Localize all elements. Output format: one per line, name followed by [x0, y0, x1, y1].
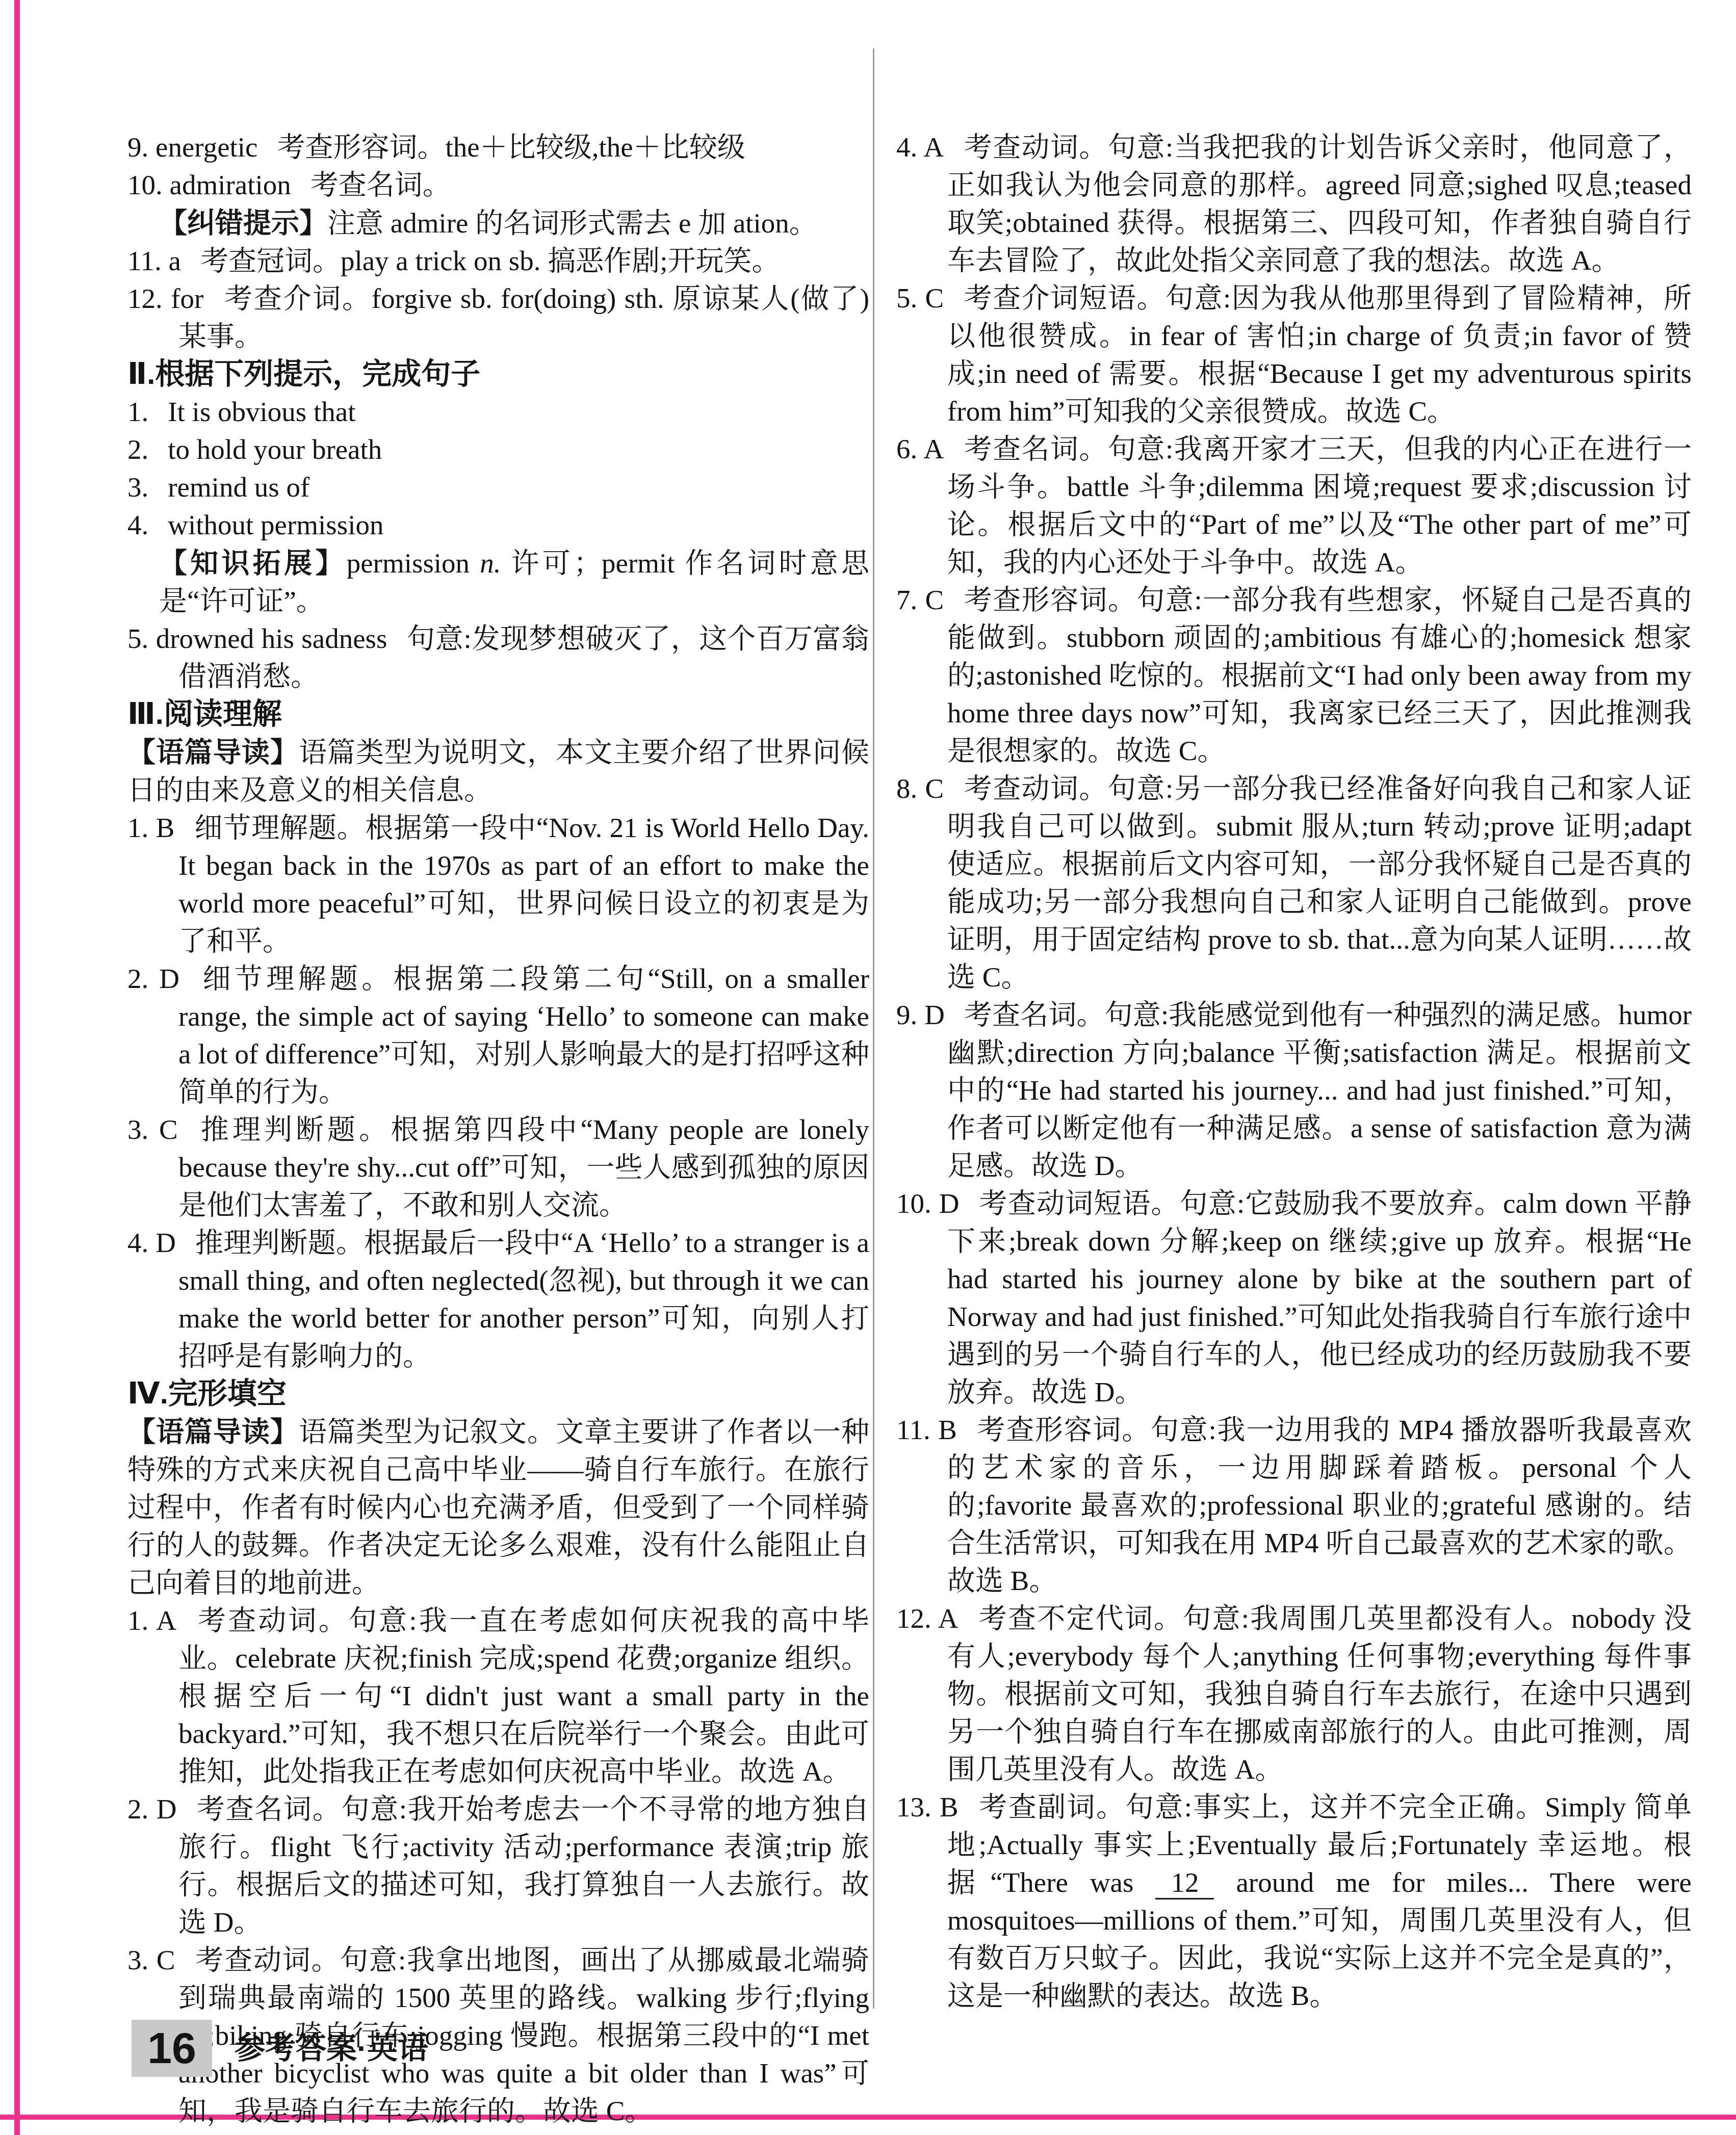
- item-text: 考查形容词。the＋比较级,the＋比较级: [277, 132, 745, 163]
- item-label: 2. D: [127, 963, 179, 994]
- part-of-speech: n.: [480, 548, 501, 579]
- knowledge-tip: 【知识拓展】permission n. 许可；permit 作名词时意思是“许可…: [159, 544, 869, 620]
- item-text: 考查冠词。play a trick on sb. 搞恶作剧;开玩笑。: [200, 245, 780, 276]
- item-label: 9. D: [896, 999, 945, 1030]
- item-label: 1. B: [127, 812, 175, 843]
- section-heading: Ⅱ.根据下列提示，完成句子: [127, 355, 869, 393]
- answer-item: 11. a考查冠词。play a trick on sb. 搞恶作剧;开玩笑。: [127, 242, 869, 280]
- answer-item: 4. A考查动词。句意:当我把我的计划告诉父亲时，他同意了，正如我认为他会同意的…: [896, 128, 1692, 279]
- tip-tag: 【知识拓展】: [159, 547, 347, 579]
- left-margin-rule: [14, 0, 20, 2135]
- item-label: 2. D: [127, 1793, 176, 1825]
- answer-item: 5. C考查介词短语。句意:因为我从他那里得到了冒险精神，所以他很赞成。in f…: [896, 279, 1692, 430]
- item-text: 细节理解题。根据第一段中“Nov. 21 is World Hello Day.…: [178, 812, 869, 956]
- answer-item: 2. D考查名词。句意:我开始考虑去一个不寻常的地方独自旅行。flight 飞行…: [127, 1790, 869, 1941]
- intro-tag: 【语篇导读】: [127, 736, 299, 768]
- item-text: 考查动词。句意:当我把我的计划告诉父亲时，他同意了，正如我认为他会同意的那样。a…: [947, 132, 1692, 276]
- intro-tag: 【语篇导读】: [127, 1416, 299, 1447]
- column-divider: [873, 48, 874, 2009]
- answer-item: 2. D细节理解题。根据第二段第二句“Still, on a smaller r…: [127, 960, 869, 1111]
- item-text: without permission: [168, 509, 383, 540]
- item-text: 考查形容词。句意:我一边用我的 MP4 播放器听我最喜欢的艺术家的音乐，一边用脚…: [947, 1414, 1692, 1596]
- section-heading: Ⅲ.阅读理解: [127, 695, 869, 733]
- section-heading: Ⅳ.完形填空: [127, 1375, 869, 1413]
- item-label: 4. D: [127, 1227, 176, 1258]
- item-label: 6. A: [896, 433, 944, 464]
- item-label: 4.: [127, 509, 148, 540]
- item-label: 1. A: [127, 1605, 176, 1636]
- answer-item: 12. A考查不定代词。句意:我周围几英里都没有人。nobody 没有人;eve…: [896, 1600, 1692, 1788]
- item-text: 考查名词。句意:我离开家才三天，但我的内心正在进行一场斗争。battle 斗争;…: [947, 433, 1692, 578]
- item-label: 2.: [127, 434, 148, 465]
- page-number-badge: 16: [132, 2020, 212, 2077]
- item-text: 考查名词。句意:我能感觉到他有一种强烈的满足感。humor 幽默;directi…: [947, 999, 1692, 1181]
- tip-text: 注意 admire 的名词形式需去 e 加 ation。: [327, 207, 817, 239]
- item-label: 10. admiration: [127, 169, 291, 200]
- answer-key-page: 9. energetic考查形容词。the＋比较级,the＋比较级 10. ad…: [0, 0, 1736, 2135]
- item-text: 考查不定代词。句意:我周围几英里都没有人。nobody 没有人;everybod…: [947, 1603, 1692, 1785]
- answer-item: 2.to hold your breath: [127, 431, 869, 468]
- item-text: to hold your breath: [168, 434, 382, 465]
- answer-item: 4. D推理判断题。根据最后一段中“A ‘Hello’ to a strange…: [127, 1224, 869, 1375]
- answer-item: 3. C推理判断题。根据第四段中“Many people are lonely …: [127, 1111, 869, 1224]
- item-label: 11. B: [896, 1414, 957, 1445]
- item-label: 12. for: [127, 283, 203, 314]
- passage-intro: 【语篇导读】语篇类型为说明文，本文主要介绍了世界问候日的由来及意义的相关信息。: [127, 733, 869, 809]
- item-label: 7. C: [896, 584, 944, 615]
- item-label: 4. A: [896, 132, 944, 163]
- item-text: 考查介词短语。句意:因为我从他那里得到了冒险精神，所以他很赞成。in fear …: [947, 282, 1692, 427]
- item-label: 1.: [127, 396, 148, 427]
- answer-item: 6. A考查名词。句意:我离开家才三天，但我的内心正在进行一场斗争。battle…: [896, 430, 1692, 581]
- item-text: remind us of: [168, 472, 309, 503]
- item-text: 考查动词短语。句意:它鼓励我不要放弃。calm down 平静下来;break …: [947, 1188, 1692, 1408]
- answer-item: 11. B考查形容词。句意:我一边用我的 MP4 播放器听我最喜欢的艺术家的音乐…: [896, 1411, 1692, 1600]
- item-label: 12. A: [896, 1603, 958, 1634]
- passage-intro: 【语篇导读】语篇类型为记叙文。文章主要讲了作者以一种特殊的方式来庆祝自己高中毕业…: [127, 1413, 869, 1602]
- item-label: 5. C: [896, 282, 944, 314]
- item-label: 13. B: [896, 1791, 958, 1822]
- answer-item: 8. C考查动词。句意:另一部分我已经准备好向我自己和家人证明我自己可以做到。s…: [896, 770, 1692, 996]
- item-label: 11. a: [127, 245, 181, 276]
- item-label: 3. C: [127, 1944, 175, 1975]
- answer-item: 13. B考查副词。句意:事实上，这并不完全正确。Simply 简单地;Actu…: [896, 1788, 1692, 2015]
- tip-text: permission: [347, 548, 480, 579]
- item-label: 9. energetic: [127, 132, 258, 163]
- answer-item: 12. for考查介词。forgive sb. for(doing) sth. …: [127, 280, 869, 355]
- answer-item: 4.without permission: [127, 506, 869, 544]
- answer-item: 10. D考查动词短语。句意:它鼓励我不要放弃。calm down 平静下来;b…: [896, 1185, 1692, 1411]
- answer-item: 9. D考查名词。句意:我能感觉到他有一种强烈的满足感。humor 幽默;dir…: [896, 996, 1692, 1185]
- answer-item: 9. energetic考查形容词。the＋比较级,the＋比较级: [127, 128, 869, 166]
- answer-item: 1. B细节理解题。根据第一段中“Nov. 21 is World Hello …: [127, 809, 869, 960]
- item-text: 考查动词。句意:我一直在考虑如何庆祝我的高中毕业。celebrate 庆祝;fi…: [178, 1605, 869, 1787]
- item-text: 考查名词。: [310, 169, 451, 200]
- item-text: 推理判断题。根据最后一段中“A ‘Hello’ to a stranger is…: [178, 1227, 869, 1371]
- item-label: 3.: [127, 472, 148, 503]
- item-text: 考查动词。句意:另一部分我已经准备好向我自己和家人证明我自己可以做到。submi…: [947, 773, 1692, 993]
- item-label: 10. D: [896, 1188, 959, 1219]
- tip-tag: 【纠错提示】: [159, 207, 327, 239]
- answer-item: 1.It is obvious that: [127, 393, 869, 431]
- answer-item: 3.remind us of: [127, 468, 869, 506]
- page-number: 16: [147, 2026, 196, 2070]
- answer-item: 1. A考查动词。句意:我一直在考虑如何庆祝我的高中毕业。celebrate 庆…: [127, 1602, 869, 1790]
- answer-item: 7. C考查形容词。句意:一部分我有些想家，怀疑自己是否真的能做到。stubbo…: [896, 581, 1692, 770]
- item-text: It is obvious that: [168, 396, 355, 427]
- right-column: 4. A考查动词。句意:当我把我的计划告诉父亲时，他同意了，正如我认为他会同意的…: [896, 128, 1692, 2015]
- footer-label: 参考答案·英语: [235, 2030, 428, 2067]
- left-column: 9. energetic考查形容词。the＋比较级,the＋比较级 10. ad…: [127, 128, 869, 2130]
- answer-item: 5. drowned his sadness句意:发现梦想破灭了，这个百万富翁借…: [127, 620, 869, 695]
- item-text: 推理判断题。根据第四段中“Many people are lonely beca…: [178, 1114, 869, 1220]
- cloze-blank-number: 12: [1155, 1867, 1214, 1899]
- item-text: 考查名词。句意:我开始考虑去一个不寻常的地方独自旅行。flight 飞行;act…: [178, 1793, 869, 1938]
- item-label: 8. C: [896, 773, 944, 804]
- correction-tip: 【纠错提示】注意 admire 的名词形式需去 e 加 ation。: [159, 204, 869, 242]
- answer-item: 10. admiration考查名词。: [127, 166, 869, 204]
- item-label: 3. C: [127, 1114, 178, 1145]
- item-label: 5. drowned his sadness: [127, 623, 387, 654]
- item-text: 考查介词。forgive sb. for(doing) sth. 原谅某人(做了…: [178, 283, 869, 352]
- item-text: 细节理解题。根据第二段第二句“Still, on a smaller range…: [178, 963, 869, 1107]
- item-text: 考查形容词。句意:一部分我有些想家，怀疑自己是否真的能做到。stubborn 顽…: [947, 584, 1692, 766]
